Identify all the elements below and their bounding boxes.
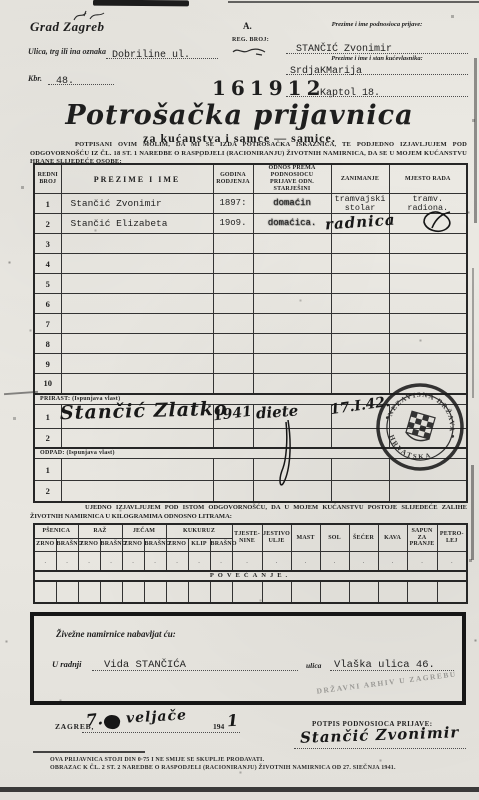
empty-cell [144, 551, 166, 571]
empty-cell [349, 581, 378, 603]
empty-cell [320, 581, 349, 603]
street-label: Ulica, trg ili ina oznaka [28, 47, 106, 56]
empty-cell [331, 314, 389, 334]
empty-cell [253, 234, 331, 254]
empty-cell [331, 274, 389, 294]
col-header-redni-broj: REDNI BROJ [34, 164, 61, 194]
empty-cell [61, 354, 213, 374]
empty-cell [389, 354, 467, 374]
year-hand: 1 [226, 711, 238, 731]
sub-klip: KLIP [188, 538, 210, 551]
empty-cell [262, 581, 291, 603]
povecanje-row: POVEĆANJE. [34, 571, 467, 581]
sub-zrno: ZRNO [78, 538, 100, 551]
shop-box: Živežne namirnice nabavljat ću: U radnji… [30, 612, 466, 705]
empty-cell [213, 314, 253, 334]
empty-cell [122, 581, 144, 603]
relation-cell: domaćin [253, 194, 331, 214]
row-number: 6 [34, 294, 61, 314]
supplies-group-header-row: PŠENICA RAŽ JEČAM KUKURUZ TJESTE- NINE J… [34, 524, 467, 538]
col-sol: SOL [320, 524, 349, 551]
empty-cell [389, 314, 467, 334]
empty-cell [389, 254, 467, 274]
col-petrolej: PETRO- LEJ [437, 524, 467, 551]
empty-cell [61, 429, 213, 448]
year-printed: 194 [213, 722, 224, 731]
empty-cell [166, 581, 188, 603]
empty-cell [331, 254, 389, 274]
empty-cell [213, 254, 253, 274]
empty-cell [61, 481, 213, 502]
empty-cell [61, 294, 213, 314]
empty-cell [213, 354, 253, 374]
empty-cell [331, 481, 389, 502]
kbr-value-line: 48. [48, 70, 114, 85]
scan-artifact-top-bar [93, 0, 189, 6]
col-header-godina: GODINA RODJENJA [213, 164, 253, 194]
empty-cell [213, 274, 253, 294]
empty-cell [213, 459, 253, 481]
empty-cell [331, 294, 389, 314]
empty-cell [188, 551, 210, 571]
archive-stamp-text: DRŽAVNI ARHIV U ZAGREBU [316, 669, 457, 695]
footnote-rule [33, 751, 145, 753]
supplies-empty-row [34, 581, 467, 603]
owner-value-line: SrdjaKMarija [286, 60, 468, 75]
date-day-hand: 7. [85, 709, 104, 730]
table-row: 2 Stančić Elizabeta 19o9. domaćica. [34, 214, 467, 234]
supplies-table: PŠENICA RAŽ JEČAM KUKURUZ TJESTE- NINE J… [33, 523, 468, 604]
stamp-checkerboard-crest-icon [405, 411, 435, 443]
empty-cell [262, 551, 291, 571]
empty-cell [349, 551, 378, 571]
table-row: 7 [34, 314, 467, 334]
empty-cell [213, 374, 253, 394]
table-row: 4 [34, 254, 467, 274]
empty-cell [213, 234, 253, 254]
empty-cell [253, 354, 331, 374]
sub-brasno: BRAŠNO [100, 538, 122, 551]
handwritten-initials-mark [420, 208, 456, 234]
empty-cell [378, 551, 407, 571]
occupation-cell: tramvajski stolar [331, 194, 389, 214]
sub-zrno: ZRNO [122, 538, 144, 551]
col-secer: ŠEĆER [349, 524, 378, 551]
row-number: 1 [34, 194, 61, 214]
kbr-value: 48. [56, 76, 74, 87]
povecanje-label: POVEĆANJE. [34, 571, 467, 581]
empty-cell [34, 581, 56, 603]
empty-cell [78, 581, 100, 603]
empty-cell [210, 551, 232, 571]
empty-cell [166, 551, 188, 571]
empty-cell [253, 294, 331, 314]
empty-cell [253, 254, 331, 274]
household-header-row: REDNI BROJ PREZIME I IME GODINA RODJENJA… [34, 164, 467, 194]
table-row: 5 [34, 274, 467, 294]
shop-name-value: Vida STANČIĆA [104, 659, 186, 671]
col-header-mjesto-rada: MJESTO RADA [389, 164, 467, 194]
footnote-2: OBRAZAC K ČL. 2 ST. 2 NAREDBE O RASPODJE… [50, 765, 396, 771]
col-sapun: SAPUN ZA PRANJE [407, 524, 437, 551]
empty-cell [100, 551, 122, 571]
empty-cell [232, 551, 262, 571]
row-number: 2 [34, 214, 61, 234]
shop-street-line: Vlaška ulica 46. [330, 654, 454, 671]
empty-cell [331, 234, 389, 254]
empty-cell [232, 581, 262, 603]
applicant-value-line: STANČIĆ Zvonimir [286, 38, 468, 54]
shop-street-label: ulica [306, 661, 321, 670]
empty-cell [291, 581, 320, 603]
form-title: Potrošačka prijavnica [0, 100, 479, 131]
empty-cell [213, 294, 253, 314]
reg-squiggle-icon [232, 46, 266, 56]
empty-cell [61, 274, 213, 294]
owner-address-line: Kaptol 18. [286, 82, 468, 97]
empty-cell [407, 581, 437, 603]
col-header-zanimanje: ZANIMANJE [331, 164, 389, 194]
col-header-prezime-ime: PREZIME I IME [61, 164, 213, 194]
empty-cell [61, 459, 213, 481]
sub-brasno: BRAŠNO [144, 538, 166, 551]
group-raz: RAŽ [78, 524, 122, 538]
row-number: 7 [34, 314, 61, 334]
year-cell: 1897: [213, 194, 253, 214]
city-crest-scribble-icon [72, 10, 106, 22]
col-header-odnos: ODNOS PREMA PODNOSIOCU PRIJAVE ODN. STAR… [253, 164, 331, 194]
empty-cell [56, 551, 78, 571]
group-psenica: PŠENICA [34, 524, 78, 538]
empty-cell [210, 581, 232, 603]
empty-cell [407, 551, 437, 571]
col-jestivo-ulje: JESTIVO ULJE [262, 524, 291, 551]
name-cell: Stančić Elizabeta [61, 214, 213, 234]
odpad-row: 2 [34, 481, 467, 502]
scan-artifact-right-edge-3 [471, 465, 474, 560]
row-number: 1 [34, 405, 61, 429]
empty-cell [213, 334, 253, 354]
shop-name-label: U radnji [52, 659, 82, 669]
footnote-1: OVA PRIJAVNICA STOJI DIN 0·75 I NE SMIJE… [50, 757, 264, 763]
row-number: 2 [34, 429, 61, 448]
empty-cell [253, 374, 331, 394]
empty-cell [331, 354, 389, 374]
empty-cell [213, 429, 253, 448]
reg-broj-label: REG. BROJ: [232, 37, 269, 43]
applicant-label: Prezime i ime podnosioca prijave: [286, 21, 468, 28]
empty-cell [253, 314, 331, 334]
owner-address: Kaptol 18. [320, 88, 380, 99]
row-number: 2 [34, 481, 61, 502]
table-row: 1 Stančić Zvonimir 1897: domaćin tramvaj… [34, 194, 467, 214]
empty-cell [61, 314, 213, 334]
sub-zrno: ZRNO [166, 538, 188, 551]
empty-cell [253, 274, 331, 294]
empty-cell [188, 581, 210, 603]
year-cell: 19o9. [213, 214, 253, 234]
empty-cell [389, 481, 467, 502]
table-row: 6 [34, 294, 467, 314]
empty-cell [61, 254, 213, 274]
empty-cell [56, 581, 78, 603]
empty-cell [389, 334, 467, 354]
empty-cell [61, 374, 213, 394]
street-value: Dobriline ul. [112, 50, 190, 61]
row-number: 5 [34, 274, 61, 294]
row-number: 4 [34, 254, 61, 274]
empty-cell [437, 551, 467, 571]
section-letter: A. [243, 21, 252, 31]
empty-cell [61, 334, 213, 354]
empty-cell [331, 374, 389, 394]
group-kukuruz: KUKURUZ [166, 524, 232, 538]
empty-cell [253, 334, 331, 354]
date-month-hand: veljače [126, 707, 188, 726]
owner-value: SrdjaKMarija [290, 66, 362, 77]
supplies-value-row [34, 551, 467, 571]
relation-cell: domaćica. [253, 214, 331, 234]
shop-name-line: Vida STANČIĆA [92, 654, 298, 671]
shop-intro: Živežne namirnice nabavljat ću: [56, 629, 176, 639]
handwritten-descender-loop [276, 420, 294, 500]
applicant-value: STANČIĆ Zvonimir [296, 44, 392, 55]
empty-cell [78, 551, 100, 571]
scan-artifact-right-edge-2 [472, 268, 474, 398]
table-row: 3 [34, 234, 467, 254]
empty-cell [144, 581, 166, 603]
empty-cell [61, 234, 213, 254]
empty-cell [213, 481, 253, 502]
shop-street-value: Vlaška ulica 46. [334, 659, 435, 671]
kbr-label: Kbr. [28, 74, 42, 83]
empty-cell [437, 581, 467, 603]
empty-cell [378, 581, 407, 603]
empty-cell [331, 334, 389, 354]
table-row: 8 [34, 334, 467, 354]
empty-cell [291, 551, 320, 571]
empty-cell [389, 294, 467, 314]
empty-cell [122, 551, 144, 571]
row-number: 10 [34, 374, 61, 394]
sub-brasno: BRAŠNO [56, 538, 78, 551]
scanned-form-page: Grad Zagreb Ulica, trg ili ina oznaka Do… [0, 0, 479, 800]
col-mast: MAST [291, 524, 320, 551]
row-number: 3 [34, 234, 61, 254]
street-value-line: Dobriline ul. [106, 44, 218, 59]
empty-cell [320, 551, 349, 571]
sub-brasno: BRAŠNO [210, 538, 232, 551]
empty-cell [100, 581, 122, 603]
scan-noise [0, 0, 1, 1]
name-cell: Stančić Zvonimir [61, 194, 213, 214]
row-number: 9 [34, 354, 61, 374]
row-number: 8 [34, 334, 61, 354]
empty-cell [389, 274, 467, 294]
scan-artifact-bottom-bar [0, 787, 479, 792]
handwritten-prirast-name: Stančić Zlatko [60, 398, 228, 424]
table-row: 9 [34, 354, 467, 374]
row-number: 1 [34, 459, 61, 481]
supplies-intro: UJEDNO IZJAVLJUJEM POD ISTOM ODGOVORNOŠĆ… [30, 504, 467, 521]
sub-zrno: ZRNO [34, 538, 56, 551]
col-kava: KAVA [378, 524, 407, 551]
empty-cell [389, 234, 467, 254]
group-jecam: JEČAM [122, 524, 166, 538]
scan-artifact-top-line [228, 1, 479, 3]
empty-cell [34, 551, 56, 571]
